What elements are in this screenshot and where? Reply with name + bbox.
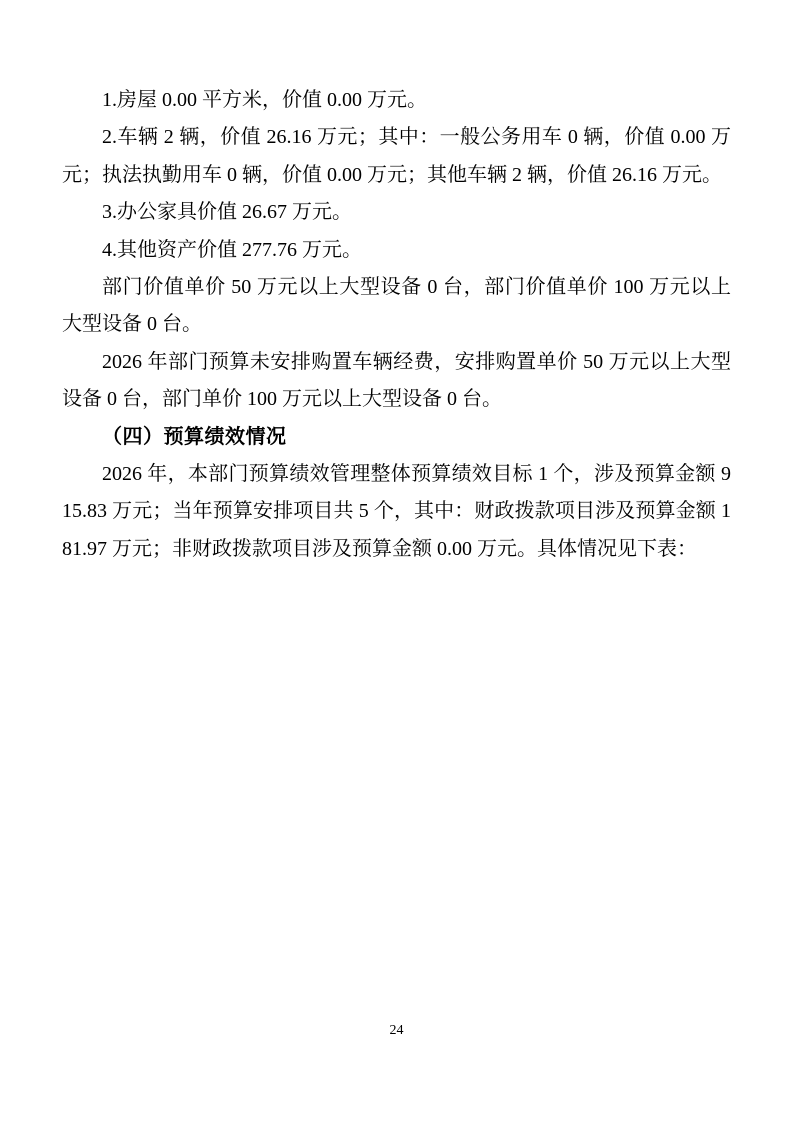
document-body: 1.房屋 0.00 平方米，价值 0.00 万元。 2.车辆 2 辆，价值 26… (62, 82, 731, 568)
paragraph-other-assets: 4.其他资产价值 277.76 万元。 (62, 232, 731, 269)
paragraph-office-furniture: 3.办公家具价值 26.67 万元。 (62, 194, 731, 231)
paragraph-budget-performance: 2026 年，本部门预算绩效管理整体预算绩效目标 1 个，涉及预算金额 915.… (62, 456, 731, 568)
page-number: 24 (0, 1022, 793, 1040)
paragraph-large-equipment: 部门价值单价 50 万元以上大型设备 0 台，部门价值单价 100 万元以上大型… (62, 269, 731, 344)
paragraph-housing-assets: 1.房屋 0.00 平方米，价值 0.00 万元。 (62, 82, 731, 119)
paragraph-vehicle-assets: 2.车辆 2 辆，价值 26.16 万元；其中：一般公务用车 0 辆，价值 0.… (62, 119, 731, 194)
paragraph-2026-procurement: 2026 年部门预算未安排购置车辆经费，安排购置单价 50 万元以上大型设备 0… (62, 344, 731, 419)
document-page: 1.房屋 0.00 平方米，价值 0.00 万元。 2.车辆 2 辆，价值 26… (0, 0, 793, 1122)
section-heading-budget-performance: （四）预算绩效情况 (62, 419, 731, 456)
